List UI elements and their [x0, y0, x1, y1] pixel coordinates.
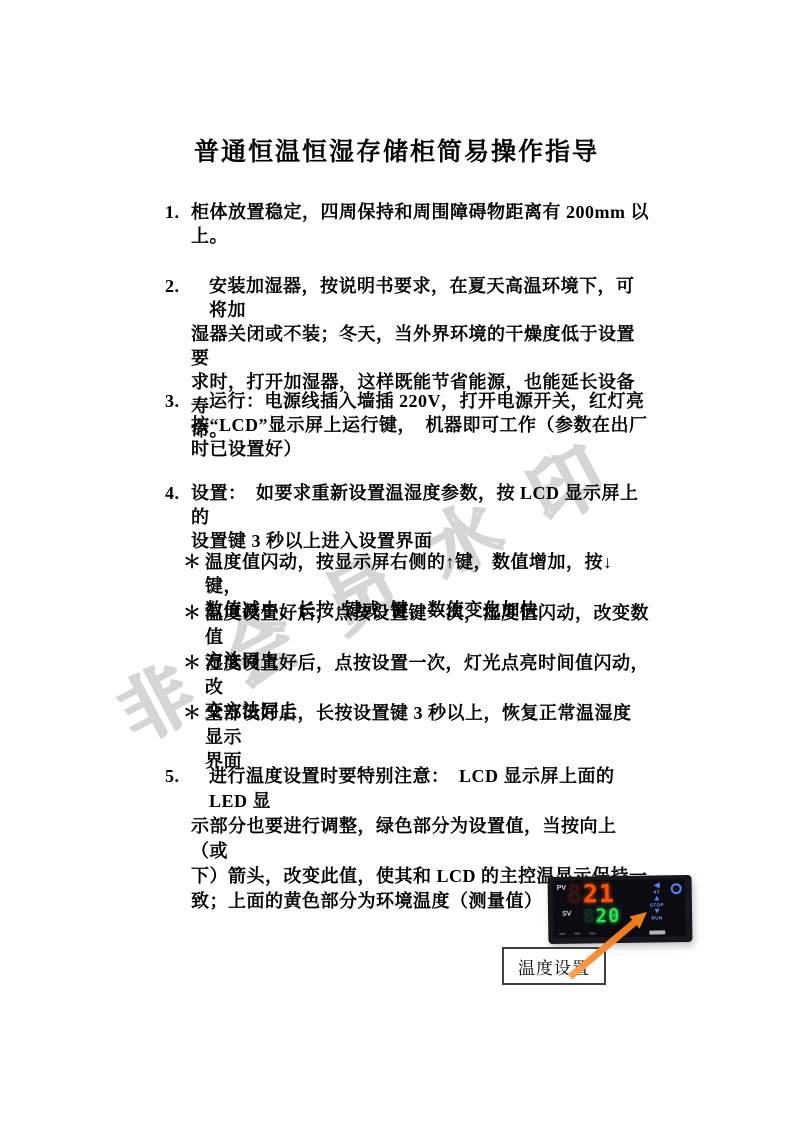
pv-label: PV — [557, 885, 566, 892]
item-text-line: 进行温度设置时要特别注意： LCD 显示屏上面的 LED 显 — [191, 764, 651, 814]
sub-item-text-line: 全部设好后，长按设置键 3 秒以上，恢复正常温湿度显示 — [205, 701, 649, 749]
item-text-line: 示部分也要进行调整，绿色部分为设置值，当按向上（或 — [191, 814, 651, 864]
item-text-line: 运行：电源线插入墙插 220V，打开电源开关，红灯亮 — [191, 389, 651, 413]
document-page: 非会员水印 普通恒温恒湿存储柜简易操作指导 1. 柜体放置稳定，四周保持和周围障… — [0, 0, 793, 1122]
item-number: 3. — [165, 389, 191, 461]
power-button-icon — [671, 883, 682, 894]
asterisk-marker: ＊ — [183, 701, 205, 773]
item-text-line: 柜体放置稳定，四周保持和周围障碍物距离有 200mm 以 — [191, 200, 651, 224]
list-item: 3. 运行：电源线插入墙插 220V，打开电源开关，红灯亮 按“LCD”显示屏上… — [165, 389, 651, 461]
list-item: 1. 柜体放置稳定，四周保持和周围障碍物距离有 200mm 以 上。 — [165, 200, 651, 248]
callout-arrow — [550, 895, 660, 987]
sub-item-text-line: 湿度设置好后，点按设置一次，灯光点亮时间值闪动，改 — [205, 651, 649, 699]
sub-item-text-line: 温度设置好后，点按设置键一次，湿度值闪动，改变数值 — [205, 601, 649, 649]
item-text-line: 设置： 如要求重新设置温湿度参数，按 LCD 显示屏上的 — [191, 481, 651, 529]
item-number: 1. — [165, 200, 191, 248]
item-text-line: 按“LCD”显示屏上运行键， 机器即可工作（参数在出厂 — [191, 413, 651, 437]
sub-item-text-line: 温度值闪动，按显示屏右侧的↑键，数值增加，按↓键， — [205, 550, 649, 598]
item-text-line: 安装加湿器，按说明书要求，在夏天高温环境下，可将加 — [191, 274, 651, 322]
item-text-line: 上。 — [191, 224, 651, 248]
sub-item: ＊ 全部设好后，长按设置键 3 秒以上，恢复正常温湿度显示 界面 — [183, 701, 649, 773]
page-title: 普通恒温恒湿存储柜简易操作指导 — [0, 132, 793, 168]
item-text-line: 时已设置好） — [191, 437, 651, 461]
item-number: 5. — [165, 764, 191, 914]
list-item: 4. 设置： 如要求重新设置温湿度参数，按 LCD 显示屏上的 设置键 3 秒以… — [165, 481, 651, 553]
item-text-line: 湿器关闭或不装；冬天，当外界环境的干燥度低于设置要 — [191, 322, 651, 370]
item-number: 4. — [165, 481, 191, 553]
